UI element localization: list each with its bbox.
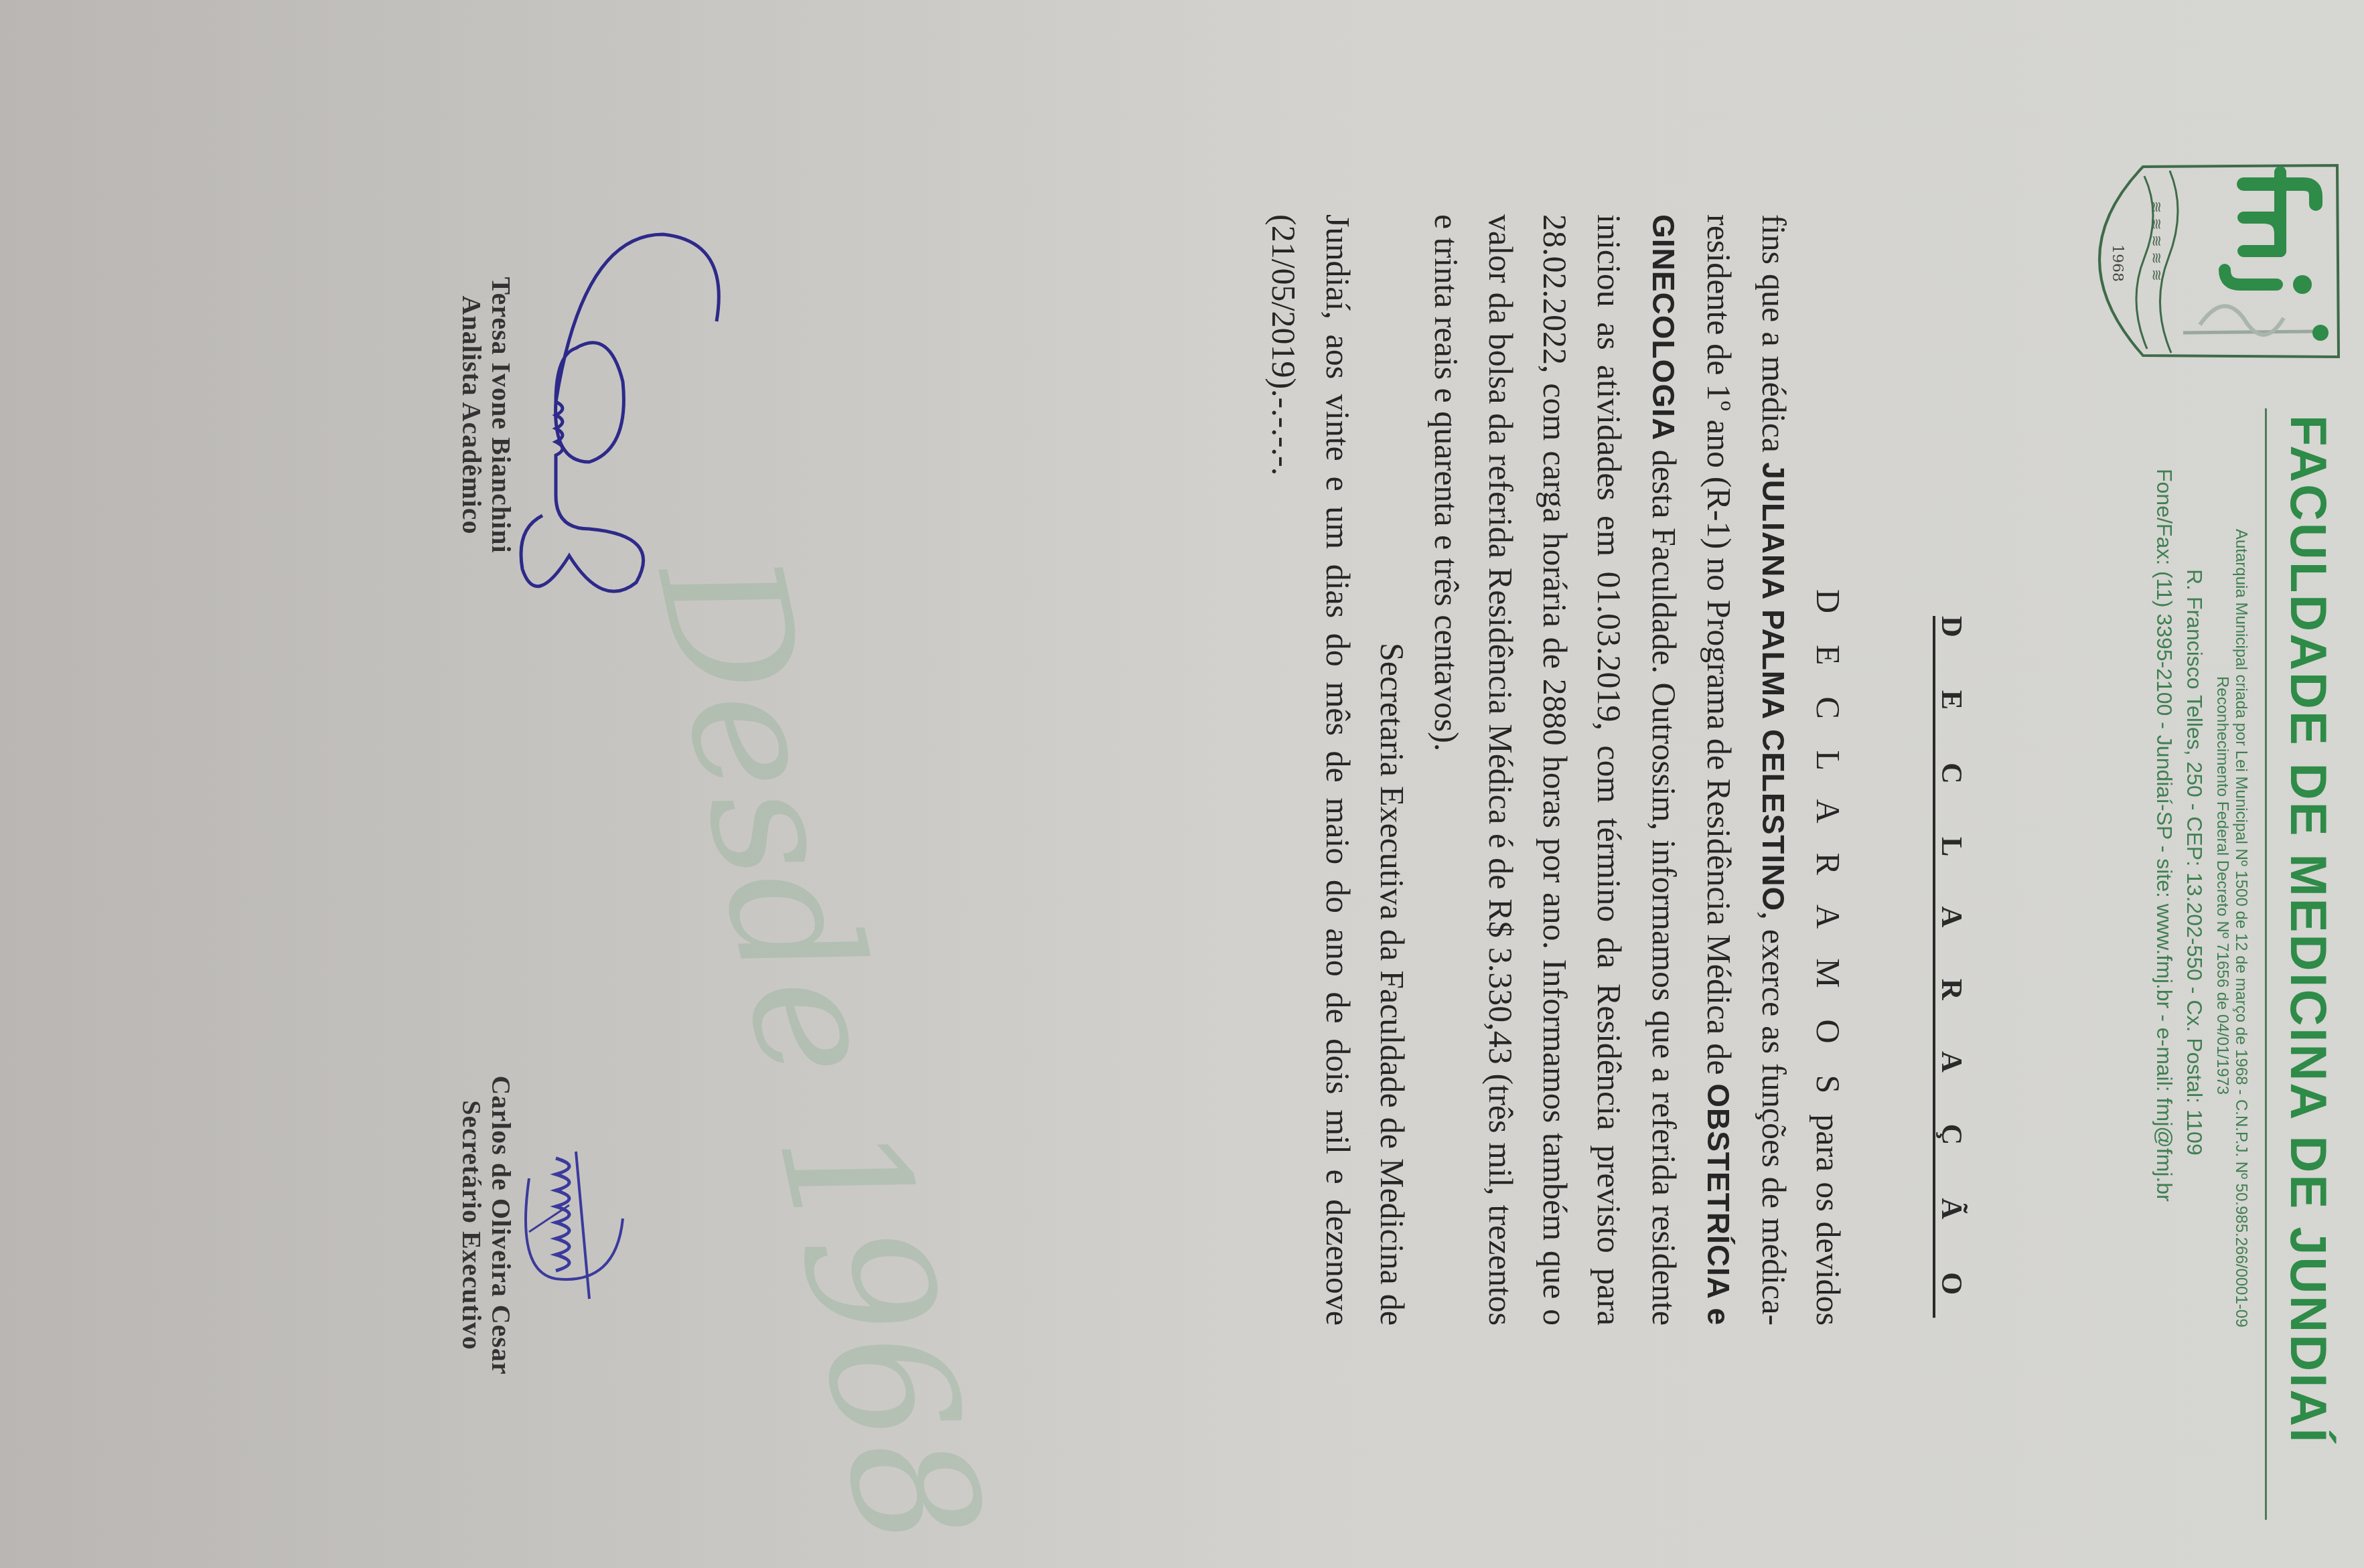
fmj-monogram-icon: ≋ ≋ ≋ ≋ ≋ 1968	[2076, 157, 2344, 365]
institution-name: FACULDADE DE MEDICINA DE JUNDIAÍ	[2279, 415, 2337, 1444]
fmj-crest-logo: ≋ ≋ ≋ ≋ ≋ 1968	[2076, 157, 2344, 365]
program-ginecologia: GINECOLOGIA	[1646, 214, 1681, 441]
program-obstetricia: OBSTETRÍCIA	[1701, 1083, 1736, 1298]
declaramos-lead: D E C L A R A M O S	[1809, 589, 1847, 1104]
header-divider	[2265, 408, 2267, 1520]
paragraph-1: D E C L A R A M O S para os devidos fins…	[1419, 214, 1855, 1326]
contact-line: Fone/Fax: (11) 3395-2100 - Jundiaí-SP - …	[2152, 469, 2176, 1202]
declaration-page: ≋ ≋ ≋ ≋ ≋ 1968 FACULDADE DE MEDICINA DE …	[0, 0, 2364, 1568]
address-line: R. Francisco Telles, 250 - CEP: 13.202-5…	[2182, 569, 2207, 1156]
signature-block-carlos: Carlos de Oliveira Cesar Secretário Exec…	[457, 991, 757, 1460]
legal-line-2: Reconhecimento Federal Decreto Nº 71656 …	[2213, 676, 2231, 1095]
handwritten-signature-icon	[516, 991, 757, 1460]
paragraph-2: Secretaria Executiva da Faculdade de Med…	[1256, 214, 1419, 1326]
handwritten-signature-icon	[516, 181, 757, 649]
svg-text:1968: 1968	[2109, 244, 2126, 282]
declaration-body: D E C L A R A M O S para os devidos fins…	[1256, 214, 1855, 1326]
signer-name: Carlos de Oliveira Cesar	[486, 991, 516, 1460]
signer-name: Teresa Ivone Bianchini	[486, 181, 516, 649]
document-title: D E C L A R A Ç Ã O	[1935, 616, 1969, 1318]
signer-role: Secretário Executivo	[457, 991, 486, 1460]
legal-line-1: Autarquia Municipal criada por Lei Munic…	[2231, 529, 2250, 1327]
svg-text:≋ ≋ ≋ ≋ ≋: ≋ ≋ ≋ ≋ ≋	[2148, 201, 2164, 281]
signer-role: Analista Acadêmico	[457, 181, 486, 649]
resident-name: JULIANA PALMA CELESTINO	[1756, 462, 1791, 911]
signature-block-teresa: Teresa Ivone Bianchini Analista Acadêmic…	[457, 181, 757, 649]
